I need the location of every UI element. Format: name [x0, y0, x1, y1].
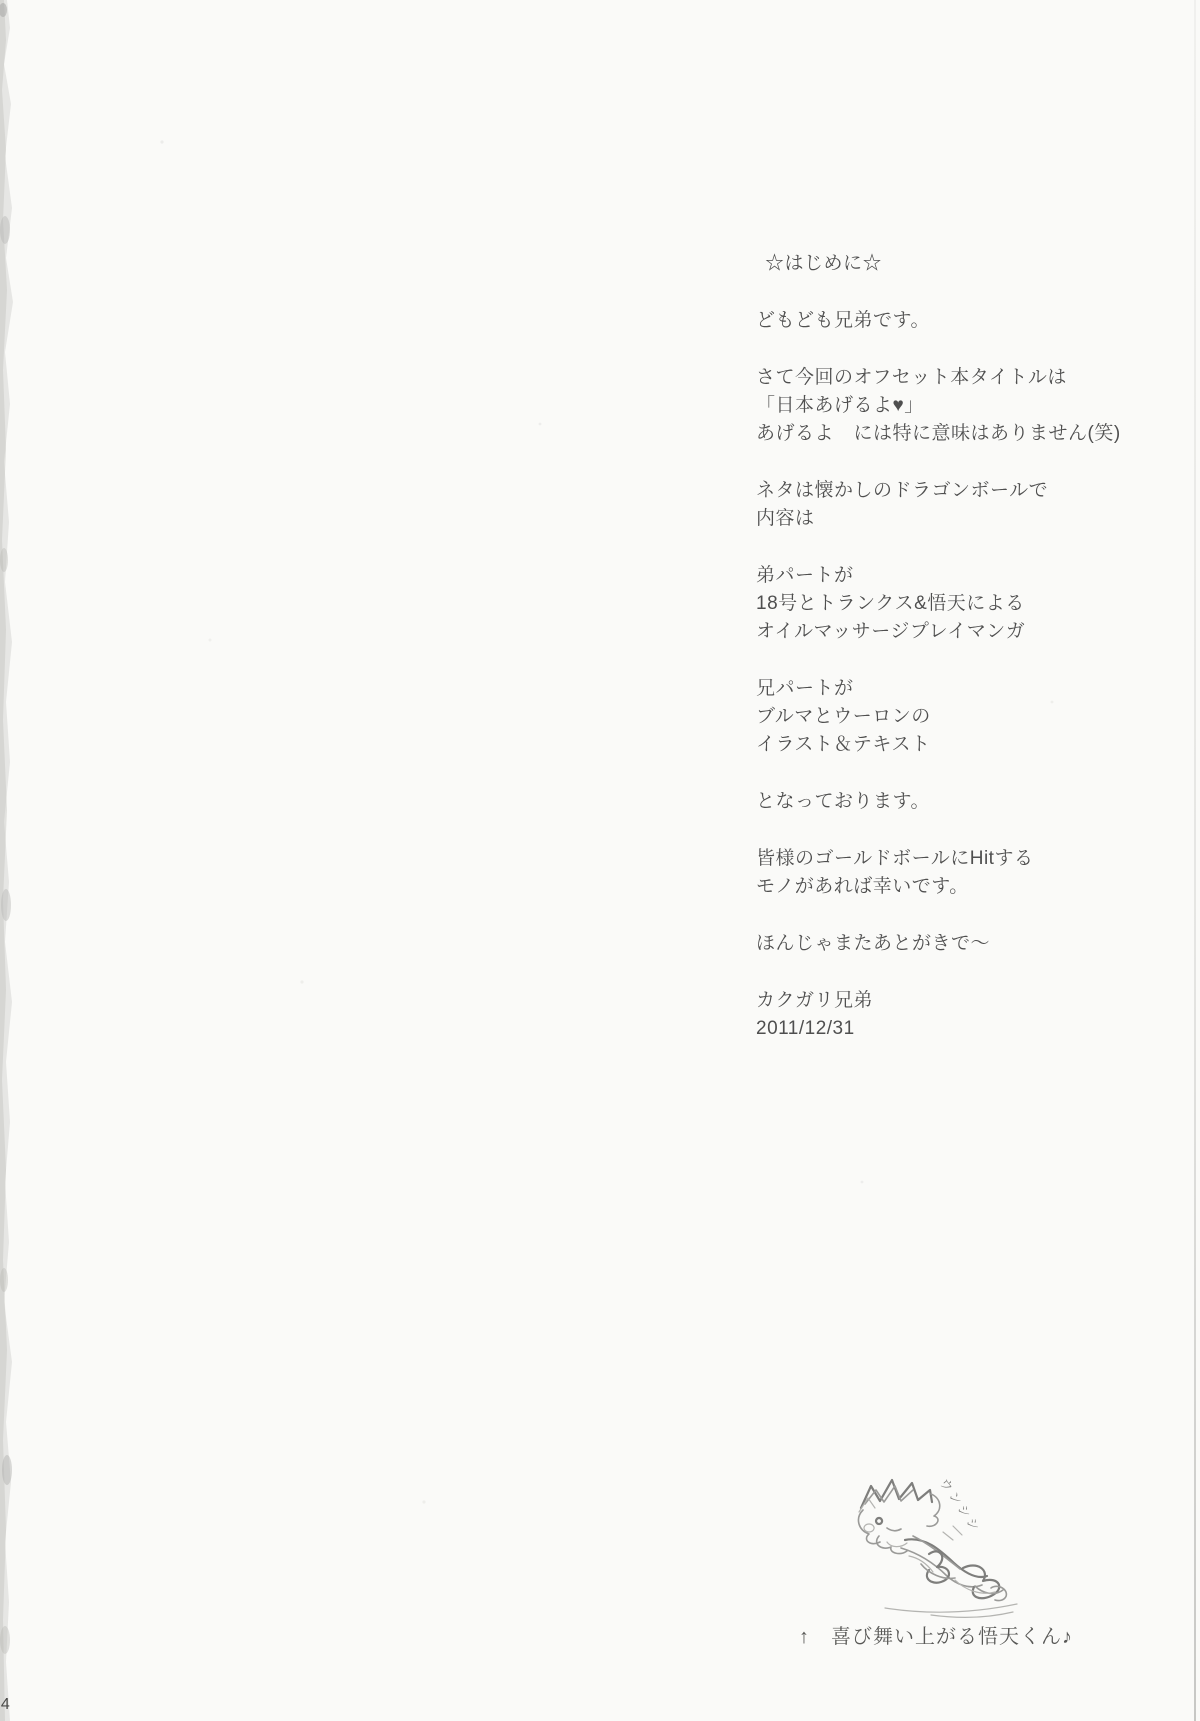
intro-line: さて今回のオフセット本タイトルは [756, 364, 1176, 392]
intro-date: 2011/12/31 [756, 1015, 1176, 1043]
intro-line: オイルマッサージプレイマンガ [756, 618, 1176, 646]
scan-edge-right [1194, 0, 1196, 1721]
intro-line: ほんじゃまたあとがきで〜 [756, 930, 1176, 958]
torn-paper-edge-left [0, 0, 22, 1721]
edge-smudge [0, 1626, 10, 1654]
intro-line: 「日本あげるよ♥」 [756, 392, 1176, 420]
intro-paragraph: ほんじゃまたあとがきで〜 [756, 930, 1176, 958]
intro-paragraph: 皆様のゴールドボールにHitする モノがあれば幸いです。 [756, 845, 1176, 901]
intro-line: 内容は [756, 505, 1176, 533]
edge-smudge [0, 3, 7, 17]
sketch-arms [877, 1536, 907, 1554]
intro-paragraph: カクガリ兄弟 2011/12/31 [756, 987, 1176, 1043]
sketch-sound-effect: ウンシシ [937, 1475, 985, 1536]
intro-line: モノがあれば幸いです。 [756, 873, 1176, 901]
intro-line: 弟パートが [756, 562, 1176, 590]
intro-title: ☆はじめに☆ [756, 250, 1176, 278]
intro-text-block: ☆はじめに☆ どもども兄弟です。 さて今回のオフセット本タイトルは 「日本あげる… [756, 250, 1176, 1043]
sketch-caption: ↑ 喜び舞い上がる悟天くん♪ [799, 1620, 1073, 1649]
edge-smudge [0, 548, 8, 572]
intro-line: ブルマとウーロンの [756, 703, 1176, 731]
intro-line: イラスト＆テキスト [756, 731, 1176, 759]
intro-paragraph: 兄パートが ブルマとウーロンの イラスト＆テキスト [756, 675, 1176, 759]
edge-smudge [1, 889, 11, 921]
intro-line: ネタは懐かしのドラゴンボールで [756, 477, 1176, 505]
sketch-hair [859, 1480, 932, 1512]
intro-line: あげるよ には特に意味はありません(笑) [756, 420, 1176, 448]
goten-sketch: ウンシシ [835, 1468, 1025, 1623]
scanned-doujinshi-page: { "page": { "number": "04" }, "intro": {… [0, 0, 1200, 1721]
page-number: 04 [0, 1696, 11, 1714]
intro-paragraph: となっております。 [756, 788, 1176, 816]
torn-edge-inner-shape [0, 0, 7, 1721]
intro-paragraph: ネタは懐かしのドラゴンボールで 内容は [756, 477, 1176, 533]
intro-paragraph: どもども兄弟です。 [756, 307, 1176, 335]
intro-paragraph: さて今回のオフセット本タイトルは 「日本あげるよ♥」 あげるよ には特に意味はあ… [756, 364, 1176, 448]
edge-smudge [0, 216, 10, 244]
intro-paragraph: 弟パートが 18号とトランクス&悟天による オイルマッサージプレイマンガ [756, 562, 1176, 646]
intro-line: 皆様のゴールドボールにHitする [756, 845, 1176, 873]
torn-edge-shape [0, 0, 13, 1721]
intro-line: 兄パートが [756, 675, 1176, 703]
intro-author: カクガリ兄弟 [756, 987, 1176, 1015]
intro-line: どもども兄弟です。 [756, 307, 1176, 335]
sketch-body [901, 1536, 987, 1587]
intro-line: 18号とトランクス&悟天による [756, 590, 1176, 618]
edge-smudge [2, 1455, 12, 1485]
intro-line: となっております。 [756, 788, 1176, 816]
edge-smudge [0, 1268, 8, 1292]
